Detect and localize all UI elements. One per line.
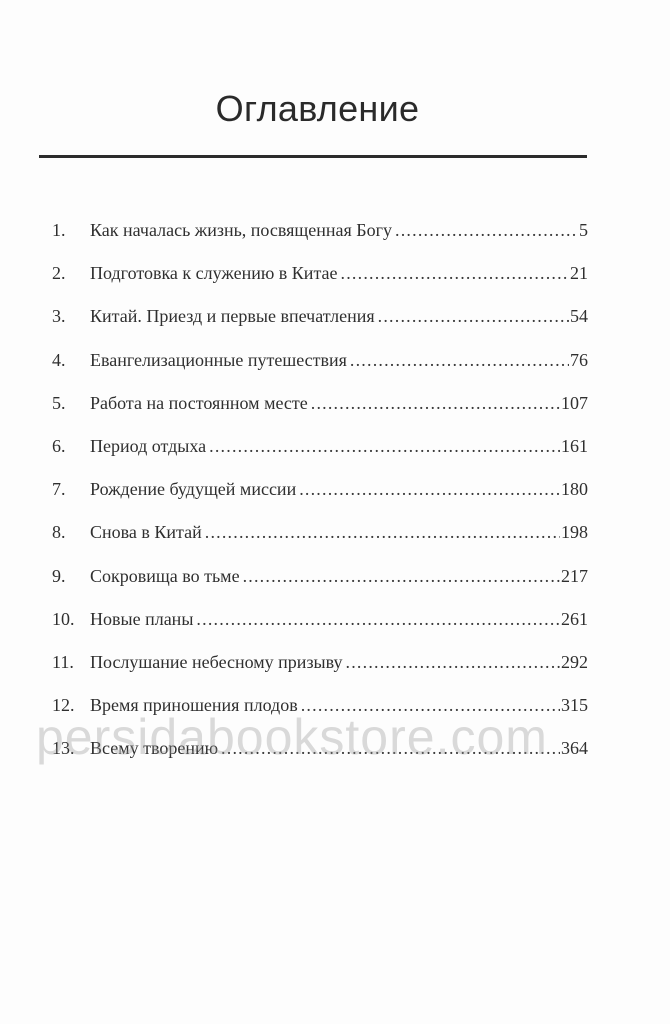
chapter-number: 8. [52, 522, 66, 543]
toc-entry[interactable]: 4. Евангелизационные путешествия 76 [0, 350, 670, 393]
chapter-number: 13. [52, 738, 75, 759]
chapter-title: Время приношения плодов [90, 695, 301, 716]
chapter-number: 7. [52, 479, 66, 500]
dot-leader [209, 436, 560, 457]
dot-leader [311, 393, 560, 414]
chapter-title: Работа на постоянном месте [90, 393, 311, 414]
page-number: 21 [569, 263, 588, 284]
chapter-number: 12. [52, 695, 75, 716]
toc-entry[interactable]: 11. Послушание небесному призыву 292 [0, 652, 670, 695]
chapter-number: 9. [52, 566, 66, 587]
dot-leader [205, 522, 560, 543]
toc-entry[interactable]: 7. Рождение будущей миссии 180 [0, 479, 670, 522]
chapter-title: Период отдыха [90, 436, 209, 457]
toc-entry[interactable]: 2. Подготовка к служению в Китае 21 [0, 263, 670, 306]
page-number: 198 [560, 522, 588, 543]
page-number: 107 [560, 393, 588, 414]
page-number: 5 [578, 220, 588, 241]
toc-entry[interactable]: 10. Новые планы 261 [0, 609, 670, 652]
toc-entry[interactable]: 12. Время приношения плодов 315 [0, 695, 670, 738]
chapter-title: Рождение будущей миссии [90, 479, 299, 500]
chapter-number: 6. [52, 436, 66, 457]
chapter-number: 11. [52, 652, 74, 673]
title-divider [39, 155, 587, 158]
chapter-title: Послушание небесному призыву [90, 652, 346, 673]
chapter-title: Всему творению [90, 738, 221, 759]
dot-leader [346, 652, 560, 673]
page-number: 180 [560, 479, 588, 500]
chapter-title: Сокровища во тьме [90, 566, 243, 587]
dot-leader [350, 350, 569, 371]
chapter-number: 4. [52, 350, 66, 371]
toc-entry[interactable]: 3. Китай. Приезд и первые впечатления 54 [0, 306, 670, 349]
page-number: 54 [569, 306, 588, 327]
dot-leader [301, 695, 560, 716]
chapter-title: Подготовка к служению в Китае [90, 263, 341, 284]
chapter-title: Как началась жизнь, посвященная Богу [90, 220, 395, 241]
chapter-number: 2. [52, 263, 66, 284]
toc-entry[interactable]: 9. Сокровища во тьме 217 [0, 566, 670, 609]
chapter-title: Снова в Китай [90, 522, 205, 543]
dot-leader [196, 609, 560, 630]
toc-entry[interactable]: 6. Период отдыха 161 [0, 436, 670, 479]
page-number: 364 [560, 738, 588, 759]
page-number: 292 [560, 652, 588, 673]
dot-leader [243, 566, 560, 587]
page-number: 76 [569, 350, 588, 371]
table-of-contents: 1. Как началась жизнь, посвященная Богу … [0, 220, 670, 781]
dot-leader [341, 263, 569, 284]
chapter-title: Новые планы [90, 609, 196, 630]
dot-leader [378, 306, 569, 327]
page-number: 161 [560, 436, 588, 457]
chapter-number: 3. [52, 306, 66, 327]
toc-entry[interactable]: 5. Работа на постоянном месте 107 [0, 393, 670, 436]
toc-entry[interactable]: 8. Снова в Китай 198 [0, 522, 670, 565]
dot-leader [299, 479, 560, 500]
chapter-number: 1. [52, 220, 66, 241]
page-number: 217 [560, 566, 588, 587]
chapter-number: 10. [52, 609, 75, 630]
dot-leader [395, 220, 578, 241]
page-title: Оглавление [0, 88, 635, 130]
page-number: 315 [560, 695, 588, 716]
toc-entry[interactable]: 13. Всему творению 364 [0, 738, 670, 781]
toc-entry[interactable]: 1. Как началась жизнь, посвященная Богу … [0, 220, 670, 263]
chapter-title: Евангелизационные путешествия [90, 350, 350, 371]
dot-leader [221, 738, 560, 759]
chapter-number: 5. [52, 393, 66, 414]
page-number: 261 [560, 609, 588, 630]
chapter-title: Китай. Приезд и первые впечатления [90, 306, 378, 327]
